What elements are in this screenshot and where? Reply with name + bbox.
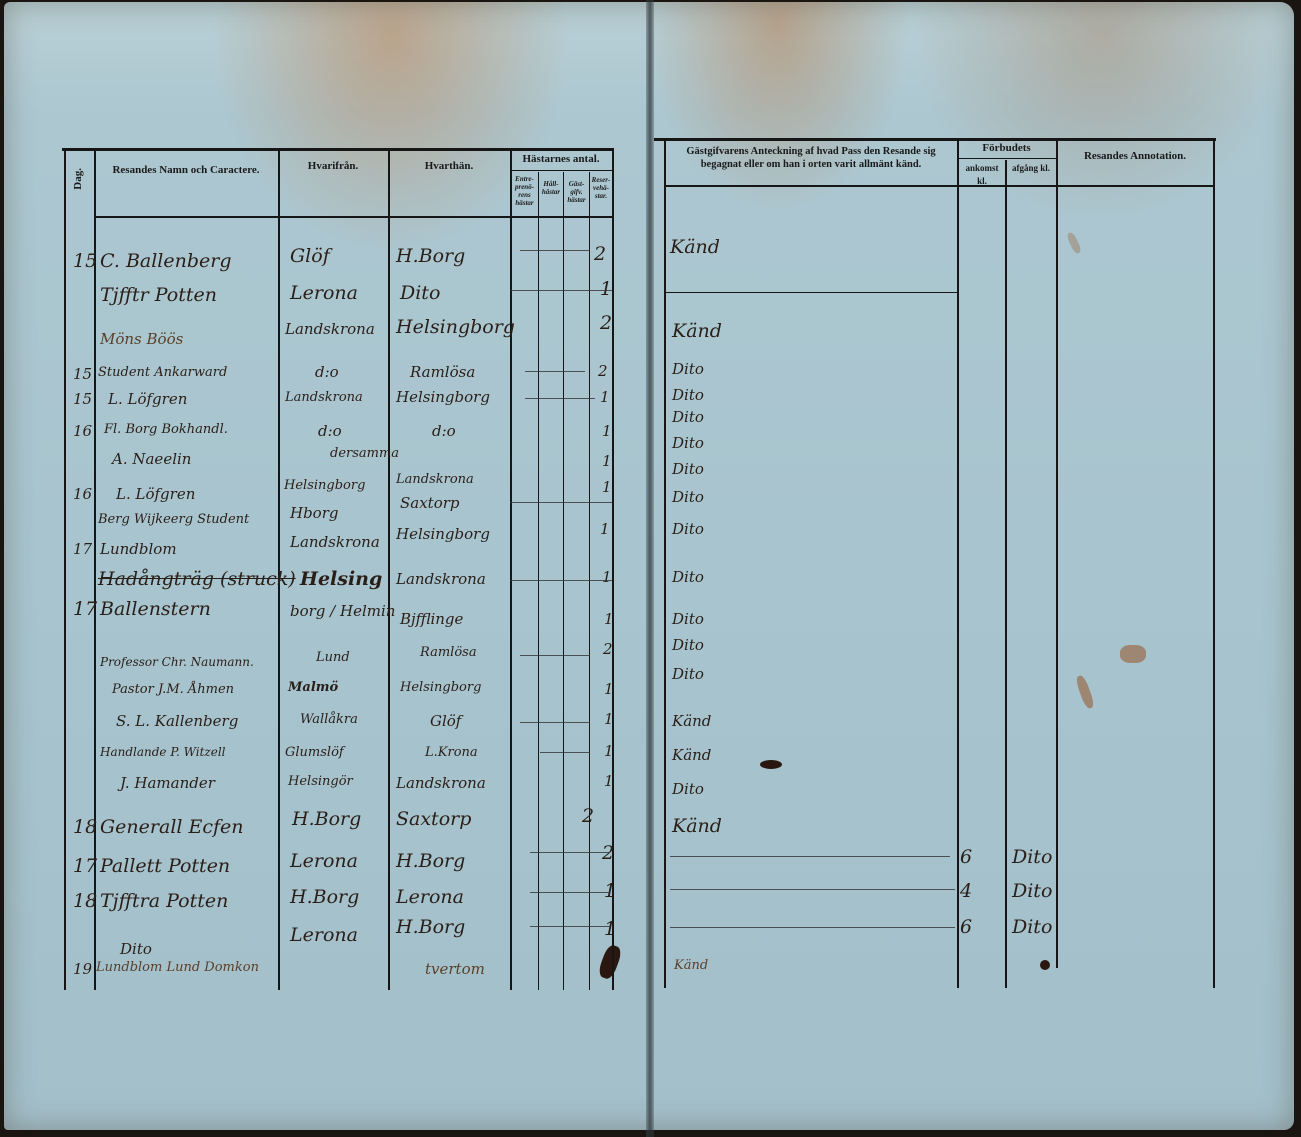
- entry-from: Helsing: [300, 568, 382, 590]
- entry-name: Generall Ecfen: [100, 816, 244, 838]
- entry-to: tvertom: [425, 960, 485, 978]
- header-forbud: Förbudets: [957, 142, 1056, 155]
- entry-note: Känd: [674, 958, 708, 973]
- entry-from: Landskrona: [290, 533, 380, 551]
- entry-reserve: 2: [594, 243, 606, 265]
- entry-horses-gastgifvare: 2: [582, 805, 594, 827]
- entry-arrival: 6: [960, 916, 972, 938]
- entry-to: d:o: [432, 422, 456, 440]
- entry-day: 16: [73, 422, 92, 440]
- entry-day: 18: [73, 890, 97, 912]
- entry-to: dersamma: [330, 446, 399, 461]
- entry-to: Landskrona: [396, 472, 474, 487]
- entry-name: C. Ballenberg: [100, 250, 232, 272]
- entry-reserve: 1: [604, 742, 614, 760]
- entry-to: Ramlösa: [410, 363, 475, 381]
- entry-from: Glöf: [290, 245, 330, 267]
- entry-from: d:o: [318, 422, 342, 440]
- header-annotation: Resandes Annotation.: [1058, 150, 1212, 163]
- entry-reserve: 1: [604, 880, 616, 902]
- entry-from: Wallåkra: [300, 712, 358, 727]
- entry-from: H.Borg: [292, 808, 361, 830]
- entry-from: H.Borg: [290, 886, 359, 908]
- entry-departure: Dito: [1012, 916, 1052, 938]
- entry-reserve: 1: [604, 772, 614, 790]
- entry-from: Lerona: [290, 282, 358, 304]
- entry-reserve: 1: [600, 520, 610, 538]
- entry-reserve: 1: [600, 278, 612, 300]
- entry-to: Glöf: [430, 712, 461, 730]
- entry-day: 15: [73, 250, 97, 272]
- entry-to: Helsingborg: [396, 316, 515, 338]
- entry-name: Lundblom: [100, 540, 177, 558]
- header-name: Resandes Namn och Caractere.: [96, 164, 276, 177]
- entry-name: Student Ankarward: [98, 365, 227, 380]
- entry-from: Malmö: [288, 680, 338, 695]
- entry-reserve: 2: [600, 312, 612, 334]
- entry-reserve: 1: [602, 478, 612, 496]
- entry-reserve: 2: [603, 640, 613, 658]
- entry-departure: Dito: [1012, 880, 1052, 902]
- entry-name: Pallett Potten: [100, 855, 230, 877]
- header-departure: afgång kl.: [1008, 162, 1054, 175]
- entry-from: Lund: [316, 650, 350, 665]
- header-horses-reserve: Reser-vehä-star.: [590, 176, 612, 200]
- header-from: Hvarifrån.: [280, 160, 386, 173]
- entry-from: Helsingör: [288, 774, 353, 789]
- entry-reserve: 1: [604, 710, 614, 728]
- entry-from: Landskrona: [285, 390, 363, 405]
- entry-note: Dito: [672, 460, 704, 478]
- entry-from: Lerona: [290, 850, 358, 872]
- header-day: Dag.: [72, 168, 85, 190]
- entry-name: Berg Wijkeerg Student: [98, 512, 249, 527]
- entry-note: Dito: [672, 408, 704, 426]
- entry-note: Dito: [672, 780, 704, 798]
- entry-name: Tjfftr Potten: [100, 284, 217, 306]
- entry-name: Lundblom Lund Domkon: [96, 960, 259, 975]
- entry-to: H.Borg: [396, 245, 465, 267]
- entry-note: Känd: [670, 236, 720, 258]
- entry-to: H.Borg: [396, 916, 465, 938]
- entry-day: 15: [73, 365, 92, 383]
- entry-to: Helsingborg: [396, 525, 490, 543]
- header-horses-entrepreneur: Entre-prenö-rens hästar: [511, 175, 538, 207]
- entry-to: Dito: [400, 282, 440, 304]
- entry-from: Glumslöf: [285, 745, 344, 760]
- header-horses-gastgifvare: Gäst-gifv. hästar: [564, 180, 589, 204]
- entry-reserve: 1: [604, 610, 614, 628]
- entry-name-struck: Hadångträg (struck): [98, 568, 296, 590]
- entry-day: 15: [73, 390, 92, 408]
- entry-reserve: 1: [600, 388, 610, 406]
- entry-name: Pastor J.M. Åhmen: [112, 682, 234, 697]
- entry-day: 17: [73, 540, 92, 558]
- header-arrival: ankomst kl.: [960, 162, 1004, 188]
- entry-from: borg / Helmin: [290, 602, 395, 620]
- entry-to: Lerona: [396, 886, 464, 908]
- entry-day: 19: [73, 960, 92, 978]
- entry-departure: Dito: [1012, 846, 1052, 868]
- entry-name: A. Naeelin: [112, 450, 191, 468]
- entry-to: Saxtorp: [396, 808, 471, 830]
- entry-name: Professor Chr. Naumann.: [100, 655, 254, 669]
- ink-stain: [1120, 645, 1146, 663]
- entry-reserve: 1: [604, 680, 614, 698]
- entry-to: Landskrona: [396, 774, 486, 792]
- entry-reserve: 2: [602, 842, 614, 864]
- entry-name: L. Löfgren: [116, 485, 195, 503]
- entry-from: d:o: [315, 363, 339, 381]
- entry-reserve: 1: [604, 918, 616, 940]
- entry-note: Känd: [672, 746, 711, 764]
- entry-arrival: 6: [960, 846, 972, 868]
- entry-name: S. L. Kallenberg: [116, 712, 238, 730]
- entry-from: Hborg: [290, 504, 339, 522]
- entry-note: Dito: [672, 386, 704, 404]
- entry-from: Landskrona: [285, 320, 375, 338]
- entry-note: Dito: [672, 636, 704, 654]
- entry-name: Dito: [120, 940, 152, 958]
- entry-reserve: 1: [602, 568, 612, 586]
- entry-note: Dito: [672, 360, 704, 378]
- entry-note: Dito: [672, 434, 704, 452]
- entry-note: Känd: [672, 320, 722, 342]
- entry-name: Fl. Borg Bokhandl.: [104, 422, 228, 437]
- entry-to: Saxtorp: [400, 494, 460, 512]
- entry-name: L. Löfgren: [108, 390, 187, 408]
- entry-name: J. Hamander: [120, 774, 215, 792]
- entry-note: Dito: [672, 520, 704, 538]
- entry-reserve: 1: [602, 422, 612, 440]
- entry-to: Landskrona: [396, 570, 486, 588]
- entry-to: Bjfflinge: [400, 610, 463, 628]
- entry-to: H.Borg: [396, 850, 465, 872]
- entry-day: 16: [73, 485, 92, 503]
- ink-blot: [760, 760, 782, 769]
- entry-note: Dito: [672, 488, 704, 506]
- entry-to: Ramlösa: [420, 645, 477, 660]
- ink-blot: [1040, 960, 1050, 970]
- header-horses: Hästarnes antal.: [510, 153, 612, 166]
- header-innkeeper-notes: Gästgifvarens Anteckning af hvad Pass de…: [666, 145, 956, 171]
- entry-note: Känd: [672, 712, 711, 730]
- entry-name: Möns Böös: [100, 330, 183, 348]
- entry-to: L.Krona: [425, 745, 478, 760]
- entry-note: Dito: [672, 568, 704, 586]
- entry-from: Lerona: [290, 924, 358, 946]
- entry-reserve: 1: [602, 452, 612, 470]
- entry-arrival: 4: [960, 880, 972, 902]
- entry-day: 17: [73, 598, 97, 620]
- entry-note: Dito: [672, 665, 704, 683]
- center-fold: [646, 0, 654, 1137]
- entry-name: Handlande P. Witzell: [100, 745, 226, 759]
- entry-note: Dito: [672, 610, 704, 628]
- entry-day: 18: [73, 816, 97, 838]
- entry-name: Ballenstern: [100, 598, 211, 620]
- header-to: Hvarthän.: [390, 160, 508, 173]
- entry-day: 17: [73, 855, 97, 877]
- entry-to: Helsingborg: [396, 388, 490, 406]
- entry-reserve: 2: [598, 362, 608, 380]
- entry-name: Tjfftra Potten: [100, 890, 228, 912]
- entry-from: Helsingborg: [284, 478, 365, 493]
- header-horses-hall: Håll-hästar: [539, 180, 563, 196]
- entry-to: Helsingborg: [400, 680, 481, 695]
- entry-note: Känd: [672, 815, 722, 837]
